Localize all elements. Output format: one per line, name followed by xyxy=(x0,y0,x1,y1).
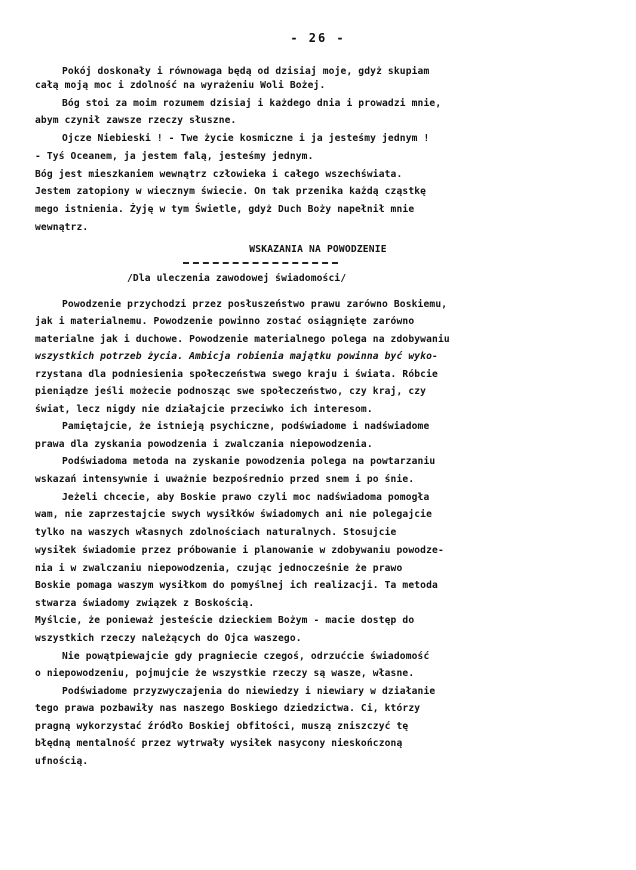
text-line: pieniądze jeśli możecie podnosząc swe sp… xyxy=(35,386,426,398)
text-line: Bóg jest mieszkaniem wewnątrz człowieka … xyxy=(35,169,402,181)
text-line: Pamiętajcie, że istnieją psychiczne, pod… xyxy=(62,421,429,433)
text-line: rzystana dla podniesienia społeczeństwa … xyxy=(35,369,438,381)
text-line: Jeżeli chcecie, aby Boskie prawo czyli m… xyxy=(62,492,429,504)
text-line: wewnątrz. xyxy=(35,222,88,234)
text-line: Powodzenie przychodzi przez posłuszeństw… xyxy=(62,299,447,311)
text-line: wskazań intensywnie i uważnie bezpośredn… xyxy=(35,474,414,486)
text-line: wysiłek świadomie przez próbowanie i pla… xyxy=(35,545,444,557)
text-line: abym czynił zawsze rzeczy słuszne. xyxy=(35,115,236,127)
text-line: tylko na waszych własnych zdolnościach n… xyxy=(35,527,396,539)
text-line: stwarza świadomy związek z Boskością. xyxy=(35,598,254,610)
text-line: pragną wykorzystać źródło Boskiej obfito… xyxy=(35,721,408,733)
section-subtitle: /Dla uleczenia zawodowej świadomości/ xyxy=(127,273,346,285)
title-underline xyxy=(183,262,338,264)
text-line: Bóg stoi za moim rozumem dzisiaj i każde… xyxy=(62,98,441,110)
text-line: świat, lecz nigdy nie działajcie przeciw… xyxy=(35,404,373,416)
text-line: Pokój doskonały i równowaga będą od dzis… xyxy=(62,66,429,78)
text-line: tego prawa pozbawiły nas naszego Boskieg… xyxy=(35,703,420,715)
text-line: błędną mentalność przez wytrwały wysiłek… xyxy=(35,738,402,750)
text-line: materialne jak i duchowe. Powodzenie mat… xyxy=(35,334,450,346)
text-line: wszystkich rzeczy należących do Ojca was… xyxy=(35,633,302,645)
text-line: prawa dla zyskania powodzenia i zwalczan… xyxy=(35,439,373,451)
text-line: wszystkich potrzeb życia. Ambicja robien… xyxy=(35,351,438,363)
text-line: o niepowodzeniu, pojmujcie że wszystkie … xyxy=(35,668,414,680)
text-line: całą moją moc i zdolność na wyrażeniu Wo… xyxy=(35,80,325,92)
text-line: Podświadome przyzwyczajenia do niewiedzy… xyxy=(62,686,435,698)
text-line: jak i materialnemu. Powodzenie powinno z… xyxy=(35,316,414,328)
text-line: - Tyś Oceanem, ja jestem falą, jesteśmy … xyxy=(35,151,314,163)
text-line: Jestem zatopiony w wiecznym świecie. On … xyxy=(35,186,426,198)
text-line: Ojcze Niebieski ! - Twe życie kosmiczne … xyxy=(62,133,429,145)
text-line: ufnością. xyxy=(35,756,88,768)
text-line: Nie powątpiewajcie gdy pragniecie czegoś… xyxy=(62,651,429,663)
text-line: Myślcie, że ponieważ jesteście dzieckiem… xyxy=(35,615,414,627)
text-line: Podświadoma metoda na zyskanie powodzeni… xyxy=(62,456,435,468)
page-number: - 26 - xyxy=(0,31,636,45)
text-line: mego istnienia. Żyję w tym Świetle, gdyż… xyxy=(35,204,414,216)
text-line: Boskie pomaga waszym wysiłkom do pomyśln… xyxy=(35,580,438,592)
document-page: - 26 - Pokój doskonały i równowaga będą … xyxy=(0,0,636,870)
section-title: WSKAZANIA NA POWODZENIE xyxy=(0,244,636,255)
text-line: wam, nie zaprzestajcie swych wysiłków św… xyxy=(35,509,432,521)
text-line: nia i w zwalczaniu niepowodzenia, czując… xyxy=(35,563,402,575)
